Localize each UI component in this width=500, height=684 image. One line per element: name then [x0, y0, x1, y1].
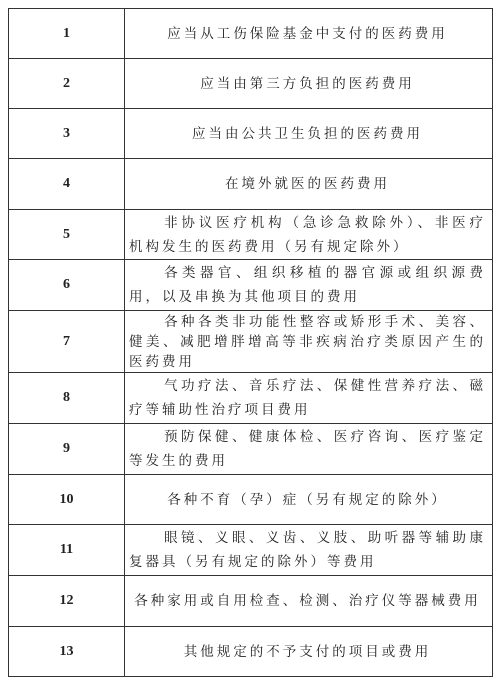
row-number: 12 [9, 576, 125, 627]
table-row: 7 各种各类非功能性整容或矫形手术、美容、健美、减肥增胖增高等非疾病治疗类原因产… [9, 311, 493, 373]
row-number: 4 [9, 159, 125, 210]
table-row: 10 各种不育（孕）症（另有规定的除外） [9, 475, 493, 525]
row-text: 各种各类非功能性整容或矫形手术、美容、健美、减肥增胖增高等非疾病治疗类原因产生的… [125, 311, 493, 373]
row-text: 预防保健、健康体检、医疗咨询、医疗鉴定等发生的费用 [125, 424, 493, 475]
row-number: 7 [9, 311, 125, 373]
row-text: 各类器官、组织移植的器官源或组织源费用，以及串换为其他项目的费用 [125, 260, 493, 311]
row-number: 3 [9, 109, 125, 159]
row-text: 非协议医疗机构（急诊急救除外）、非医疗机构发生的医药费用（另有规定除外） [125, 210, 493, 260]
table-row: 2 应当由第三方负担的医药费用 [9, 59, 493, 109]
row-text: 应当由公共卫生负担的医药费用 [125, 109, 493, 159]
row-text: 应当从工伤保险基金中支付的医药费用 [125, 9, 493, 59]
table-row: 3 应当由公共卫生负担的医药费用 [9, 109, 493, 159]
row-number: 6 [9, 260, 125, 311]
row-text: 各种不育（孕）症（另有规定的除外） [125, 475, 493, 525]
row-number: 1 [9, 9, 125, 59]
row-number: 13 [9, 627, 125, 677]
row-number: 8 [9, 373, 125, 424]
row-number: 2 [9, 59, 125, 109]
row-number: 9 [9, 424, 125, 475]
table-row: 8 气功疗法、音乐疗法、保健性营养疗法、磁疗等辅助性治疗项目费用 [9, 373, 493, 424]
row-text: 气功疗法、音乐疗法、保健性营养疗法、磁疗等辅助性治疗项目费用 [125, 373, 493, 424]
table-row: 1 应当从工伤保险基金中支付的医药费用 [9, 9, 493, 59]
table-row: 13 其他规定的不予支付的项目或费用 [9, 627, 493, 677]
table-row: 4 在境外就医的医药费用 [9, 159, 493, 210]
row-text: 其他规定的不予支付的项目或费用 [125, 627, 493, 677]
table-row: 11 眼镜、义眼、义齿、义肢、助听器等辅助康复器具（另有规定的除外）等费用 [9, 525, 493, 576]
table-row: 6 各类器官、组织移植的器官源或组织源费用，以及串换为其他项目的费用 [9, 260, 493, 311]
table-row: 5 非协议医疗机构（急诊急救除外）、非医疗机构发生的医药费用（另有规定除外） [9, 210, 493, 260]
row-number: 10 [9, 475, 125, 525]
row-number: 5 [9, 210, 125, 260]
row-text: 眼镜、义眼、义齿、义肢、助听器等辅助康复器具（另有规定的除外）等费用 [125, 525, 493, 576]
row-number: 11 [9, 525, 125, 576]
row-text: 在境外就医的医药费用 [125, 159, 493, 210]
table-row: 9 预防保健、健康体检、医疗咨询、医疗鉴定等发生的费用 [9, 424, 493, 475]
row-text: 各种家用或自用检查、检测、治疗仪等器械费用 [125, 576, 493, 627]
exclusions-table: 1 应当从工伤保险基金中支付的医药费用 2 应当由第三方负担的医药费用 3 应当… [8, 8, 493, 677]
table-row: 12 各种家用或自用检查、检测、治疗仪等器械费用 [9, 576, 493, 627]
row-text: 应当由第三方负担的医药费用 [125, 59, 493, 109]
